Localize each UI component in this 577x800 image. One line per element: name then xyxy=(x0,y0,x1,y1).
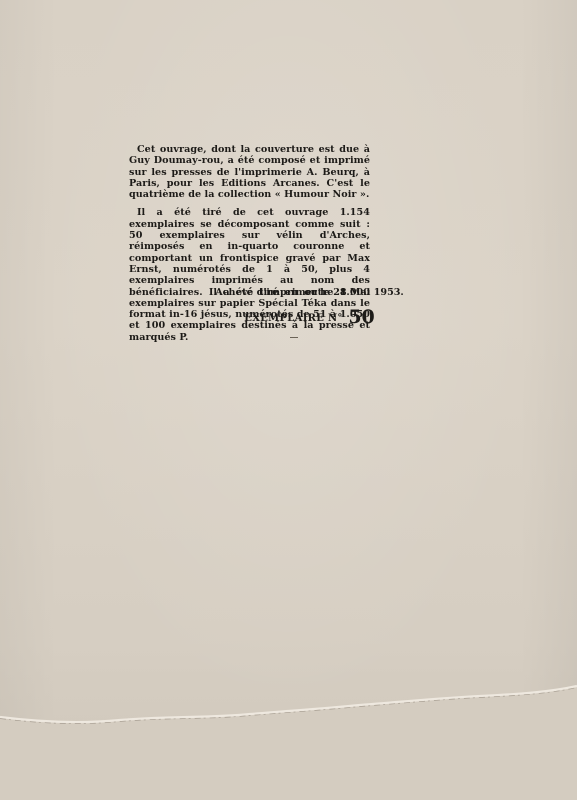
copy-number-value: 50 xyxy=(348,306,374,328)
ornament-dash xyxy=(290,337,298,338)
printing-date: Achevé d'imprimer le 28 Mai 1953. xyxy=(0,287,577,298)
paper-background xyxy=(0,0,577,800)
colophon-paragraph-printing: Cet ouvrage, dont la couverture est due … xyxy=(129,144,370,200)
copy-number-label: EXEMPLAIRE N° xyxy=(244,313,343,324)
deckled-paper-edge xyxy=(0,672,577,800)
copy-number: EXEMPLAIRE N° 50 xyxy=(0,306,577,328)
